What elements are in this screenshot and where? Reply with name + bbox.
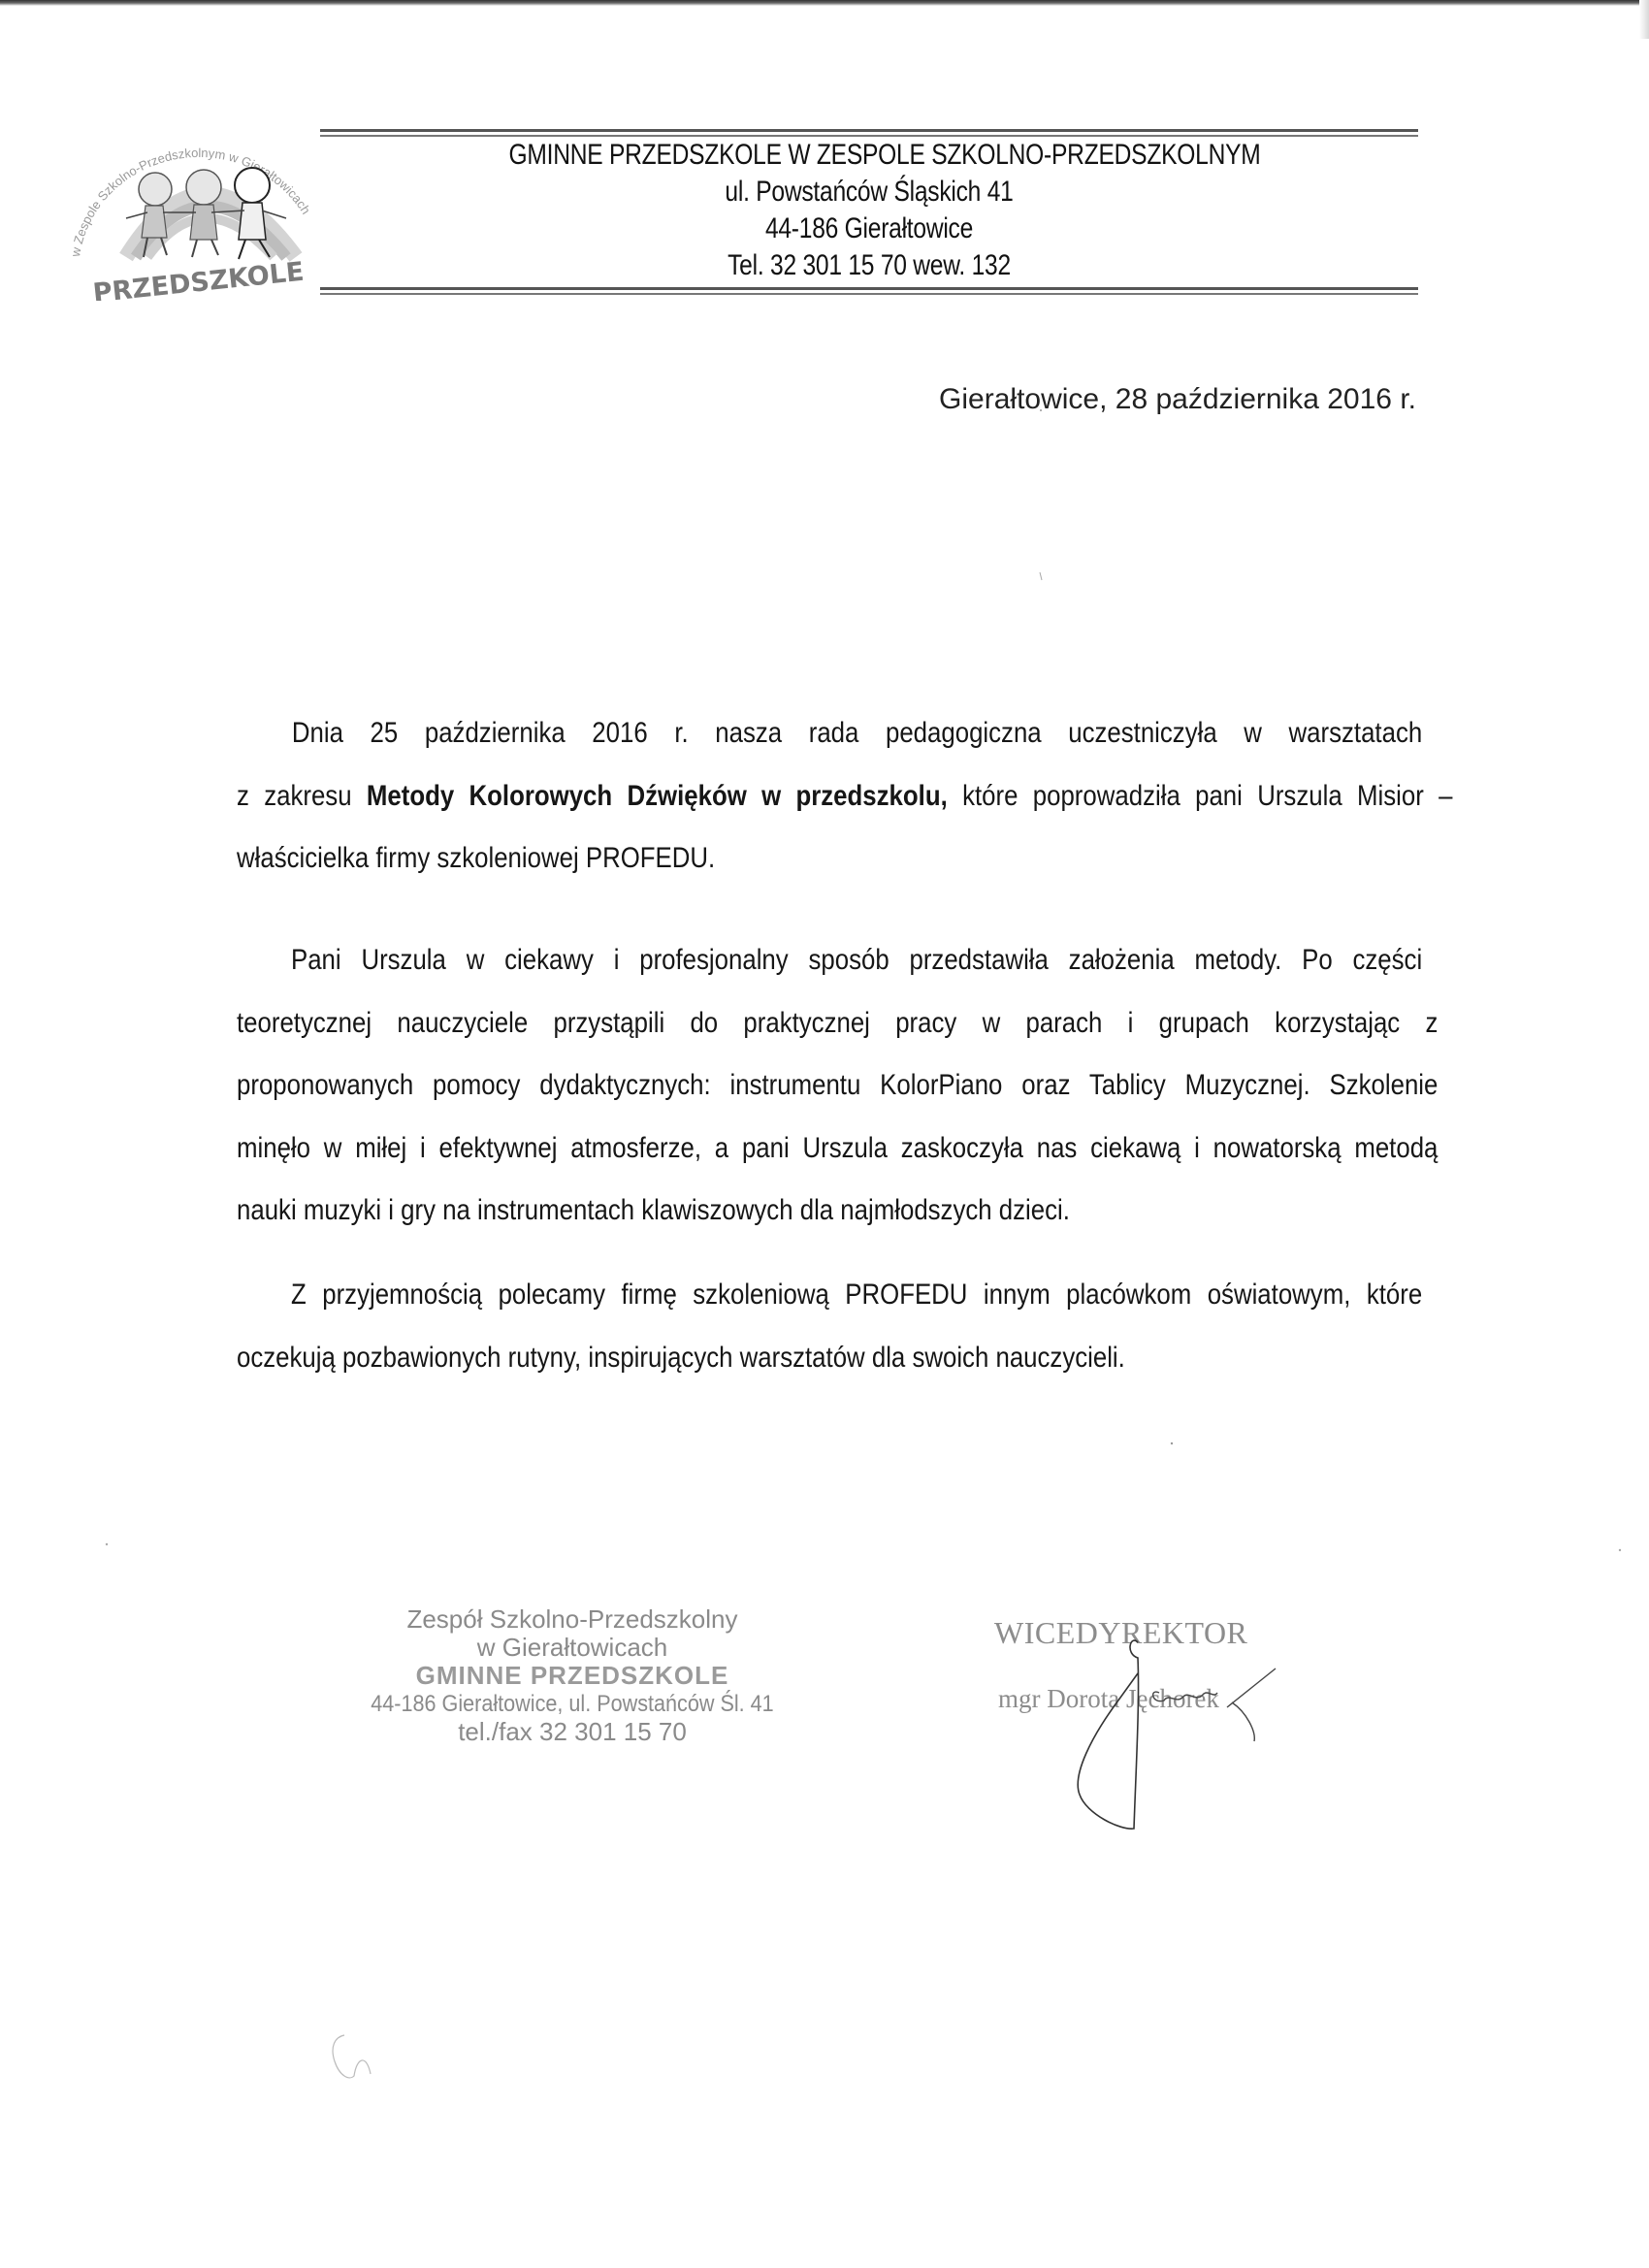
workshop-method-name: Metody Kolorowych Dźwięków w przedszkolu… (367, 780, 948, 812)
letterhead-rule-bottom (320, 287, 1418, 295)
p2-line-3: proponowanych pomocy dydaktycznych: inst… (237, 1054, 1438, 1118)
p2-line-1-text: Pani Urszula w ciekawy i profesjonalny s… (291, 944, 1422, 976)
phone-number: Tel. 32 301 15 70 wew. 132 (419, 247, 1319, 284)
address-postal-city: 44-186 Gierałtowice (419, 211, 1319, 247)
logo-wordmark: PRZEDSZKOLE (91, 257, 305, 301)
stamp-line-3: GMINNE PRZEDSZKOLE (339, 1662, 805, 1690)
institution-stamp: Zespół Szkolno-Przedszkolny w Gierałtowi… (339, 1605, 805, 1746)
p3-line-1: Z przyjemnością polecamy firmę szkolenio… (291, 1264, 1422, 1327)
address-street: ul. Powstańców Śląskich 41 (419, 174, 1319, 211)
paragraph-2: Pani Urszula w ciekawy i profesjonalny s… (291, 929, 1422, 1243)
p2-line-3-text: proponowanych pomocy dydaktycznych: inst… (237, 1069, 1438, 1101)
p1-line-3-text: właścicielka firmy szkoleniowej PROFEDU. (237, 842, 715, 874)
stamp-line-2: w Gierałtowicach (339, 1634, 805, 1662)
children-rainbow-logo-icon: w Zespole Szkolno-Przedszkolnym w Gierał… (58, 112, 339, 301)
p3-line-2: oczekują pozbawionych rutyny, inspirując… (237, 1327, 1368, 1390)
stamp-line-5: tel./fax 32 301 15 70 (339, 1718, 805, 1746)
p2-line-4-text: minęło w miłej i efektywnej atmosferze, … (237, 1132, 1438, 1164)
kindergarten-logo: w Zespole Szkolno-Przedszkolnym w Gierał… (58, 112, 339, 301)
p2-line-5: nauki muzyki i gry na instrumentach klaw… (237, 1180, 1368, 1243)
letterhead: GMINNE PRZEDSZKOLE W ZESPOLE SZKOLNO-PRZ… (320, 137, 1418, 284)
stamp-line-4: 44-186 Gierałtowice, ul. Powstańców Śl. … (363, 1690, 782, 1718)
p3-line-2-text: oczekują pozbawionych rutyny, inspirując… (237, 1342, 1125, 1374)
p2-line-2-text: teoretycznej nauczyciele przystąpili do … (237, 1007, 1438, 1039)
p1-line-1-text: Dnia 25 października 2016 r. nasza rada … (292, 717, 1422, 749)
date-line: Gierałtowice, 28 października 2016 r. (939, 383, 1416, 416)
letterhead-rule-top (320, 129, 1418, 137)
p2-line-5-text: nauki muzyki i gry na instrumentach klaw… (237, 1194, 1070, 1226)
p2-line-1: Pani Urszula w ciekawy i profesjonalny s… (291, 929, 1422, 992)
p1-line-2-pre: z zakresu (237, 780, 367, 812)
p1-line-2: z zakresu Metody Kolorowych Dźwięków w p… (237, 765, 1452, 828)
p3-line-1-text: Z przyjemnością polecamy firmę szkolenio… (291, 1279, 1422, 1311)
organization-name: GMINNE PRZEDSZKOLE W ZESPOLE SZKOLNO-PRZ… (447, 137, 1322, 174)
stamp-line-1: Zespół Szkolno-Przedszkolny (339, 1605, 805, 1634)
paragraph-3: Z przyjemnością polecamy firmę szkolenio… (291, 1264, 1422, 1389)
p1-line-1: Dnia 25 października 2016 r. nasza rada … (291, 702, 1422, 765)
handwritten-signature-icon (994, 1615, 1305, 1848)
p1-line-2-post: które poprowadziła pani Urszula Misior – (948, 780, 1453, 812)
scan-edge-right (1639, 0, 1649, 39)
scan-edge-top (0, 0, 1649, 6)
p2-line-4: minęło w miłej i efektywnej atmosferze, … (237, 1118, 1438, 1181)
signature-block: WICEDYREKTOR mgr Dorota Jęchorek (994, 1615, 1305, 1714)
p1-line-3: właścicielka firmy szkoleniowej PROFEDU. (237, 827, 1368, 891)
p2-line-2: teoretycznej nauczyciele przystąpili do … (237, 992, 1438, 1055)
